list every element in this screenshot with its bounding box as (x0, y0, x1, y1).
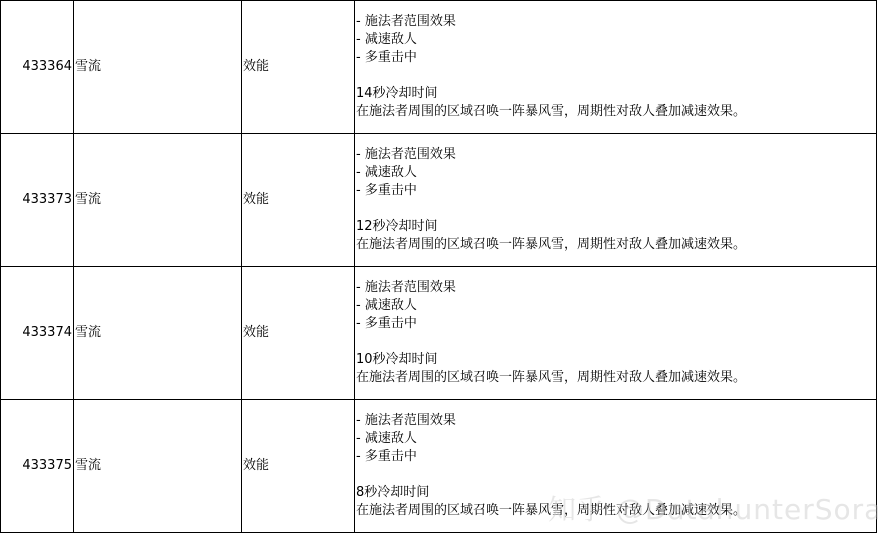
description-text: 在施法者周围的区域召唤一阵暴风雪，周期性对敌人叠加减速效果。 (356, 103, 875, 121)
effect-bullet: - 多重击中 (356, 448, 875, 466)
table-row: 433375 雪流 效能 - 施法者范围效果 - 减速敌人 - 多重击中 8秒冷… (1, 400, 877, 533)
table-row: 433364 雪流 效能 - 施法者范围效果 - 减速敌人 - 多重击中 14秒… (1, 1, 877, 134)
effect-bullet: - 施法者范围效果 (356, 279, 875, 297)
spell-description-cell: - 施法者范围效果 - 减速敌人 - 多重击中 12秒冷却时间 在施法者周围的区… (355, 134, 877, 267)
description-text: 在施法者周围的区域召唤一阵暴风雪，周期性对敌人叠加减速效果。 (356, 502, 875, 520)
spacer (356, 333, 875, 351)
effect-bullet: - 施法者范围效果 (356, 146, 875, 164)
spell-table: 433364 雪流 效能 - 施法者范围效果 - 减速敌人 - 多重击中 14秒… (0, 0, 877, 533)
effect-bullet: - 多重击中 (356, 315, 875, 333)
cooldown-text: 8秒冷却时间 (356, 484, 875, 502)
description-text: 在施法者周围的区域召唤一阵暴风雪，周期性对敌人叠加减速效果。 (356, 369, 875, 387)
spell-name: 雪流 (74, 1, 242, 134)
spell-name: 雪流 (74, 400, 242, 533)
table-row: 433373 雪流 效能 - 施法者范围效果 - 减速敌人 - 多重击中 12秒… (1, 134, 877, 267)
spell-name: 雪流 (74, 267, 242, 400)
spell-type: 效能 (242, 134, 355, 267)
spacer (356, 466, 875, 484)
spell-name: 雪流 (74, 134, 242, 267)
spell-id: 433373 (1, 134, 74, 267)
effect-bullet: - 多重击中 (356, 49, 875, 67)
spell-type: 效能 (242, 267, 355, 400)
effect-bullet: - 减速敌人 (356, 297, 875, 315)
effect-bullet: - 多重击中 (356, 182, 875, 200)
effect-bullet: - 施法者范围效果 (356, 13, 875, 31)
cooldown-text: 10秒冷却时间 (356, 351, 875, 369)
effect-bullet: - 减速敌人 (356, 430, 875, 448)
cooldown-text: 12秒冷却时间 (356, 218, 875, 236)
effect-bullet: - 减速敌人 (356, 31, 875, 49)
spell-id: 433364 (1, 1, 74, 134)
spell-description-cell: - 施法者范围效果 - 减速敌人 - 多重击中 8秒冷却时间 在施法者周围的区域… (355, 400, 877, 533)
spell-description-cell: - 施法者范围效果 - 减速敌人 - 多重击中 10秒冷却时间 在施法者周围的区… (355, 267, 877, 400)
spell-type: 效能 (242, 400, 355, 533)
spacer (356, 67, 875, 85)
spell-id: 433375 (1, 400, 74, 533)
spell-description-cell: - 施法者范围效果 - 减速敌人 - 多重击中 14秒冷却时间 在施法者周围的区… (355, 1, 877, 134)
effect-bullet: - 减速敌人 (356, 164, 875, 182)
description-text: 在施法者周围的区域召唤一阵暴风雪，周期性对敌人叠加减速效果。 (356, 236, 875, 254)
spacer (356, 200, 875, 218)
spell-type: 效能 (242, 1, 355, 134)
table-row: 433374 雪流 效能 - 施法者范围效果 - 减速敌人 - 多重击中 10秒… (1, 267, 877, 400)
cooldown-text: 14秒冷却时间 (356, 85, 875, 103)
effect-bullet: - 施法者范围效果 (356, 412, 875, 430)
spell-id: 433374 (1, 267, 74, 400)
